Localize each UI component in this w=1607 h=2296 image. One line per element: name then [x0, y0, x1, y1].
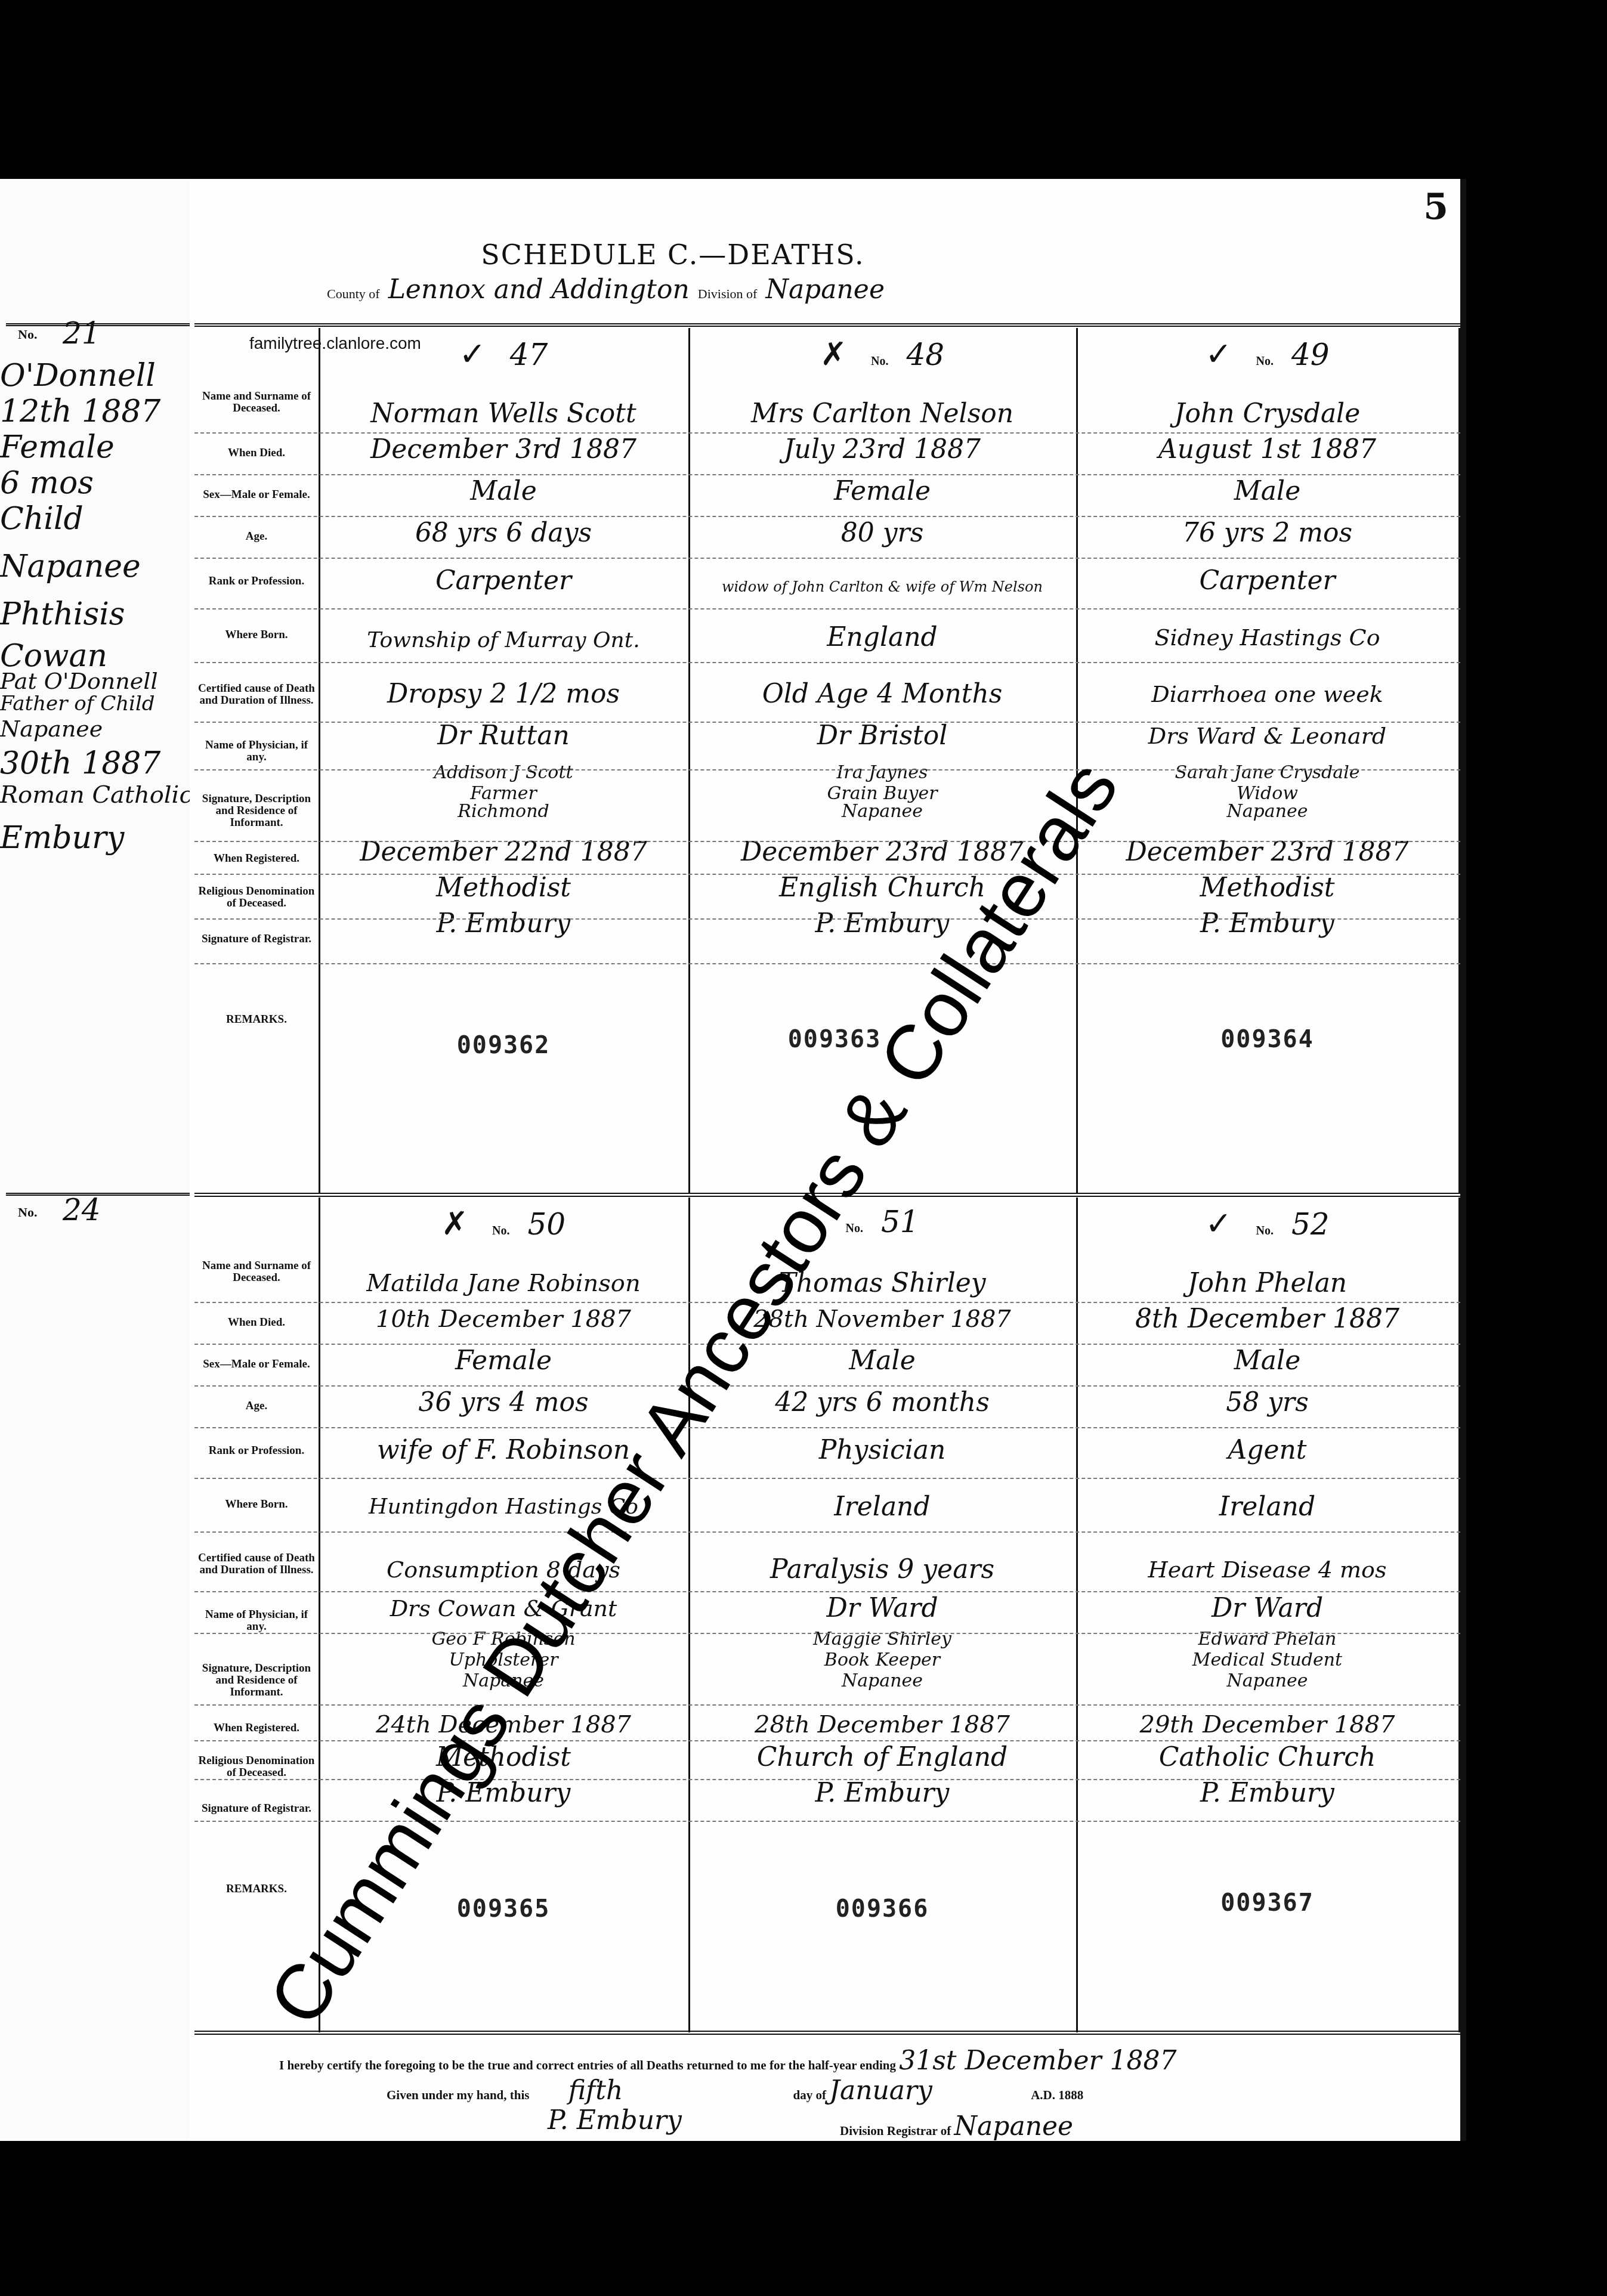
row-divider	[194, 474, 1460, 475]
sex: Male	[1082, 477, 1453, 506]
county-division-line: County of Lennox and Addington Division …	[327, 274, 885, 305]
given-day: fifth	[568, 2075, 623, 2106]
row-divider	[194, 1591, 1460, 1592]
prev-fragment: O'Donnell	[0, 358, 190, 394]
physician: Dr Ward	[1082, 1594, 1453, 1623]
where-born: Huntingdon Hastings Co	[325, 1493, 682, 1521]
row-labels-column: Name and Surname of Deceased. When Died.…	[194, 328, 320, 1193]
row-divider	[194, 722, 1460, 723]
deceased-name: Thomas Shirley	[694, 1269, 1070, 1298]
label-informant: Signature, Description and Residence of …	[194, 1651, 319, 1710]
sex: Male	[694, 1347, 1070, 1375]
entry-number: ✓47	[319, 335, 688, 373]
informant-description: Upholsterer	[325, 1651, 682, 1670]
entry-number: ✗No.48	[688, 335, 1076, 373]
check-mark-icon: ✓	[1205, 1205, 1232, 1242]
informant-name: Sarah Jane Crysdale	[1082, 763, 1453, 782]
check-mark-icon: ✗	[441, 1205, 468, 1242]
sex: Female	[694, 477, 1070, 506]
check-mark-icon: ✓	[459, 335, 486, 373]
informant-description: Book Keeper	[694, 1651, 1070, 1670]
row-divider	[194, 662, 1460, 663]
row-divider	[194, 1427, 1460, 1428]
row-divider	[194, 1779, 1460, 1780]
row-divider	[194, 769, 1460, 771]
label-name: Name and Surname of Deceased.	[194, 376, 319, 429]
label-when-registered: When Registered.	[194, 844, 319, 874]
physician: Dr Bristol	[694, 722, 1070, 750]
death-register-page: 5 SCHEDULE C.—DEATHS. County of Lennox a…	[190, 179, 1466, 2141]
label-sex: Sex—Male or Female.	[194, 1347, 319, 1382]
label-physician: Name of Physician, if any.	[194, 728, 319, 775]
when-registered: December 23rd 1887	[1082, 838, 1453, 867]
prev-fragment: Roman Catholic	[0, 781, 190, 809]
informant-name: Addison J Scott	[325, 763, 682, 782]
registrar-signature-footer: P. Embury	[548, 2105, 682, 2136]
divider	[194, 1193, 1460, 1197]
label-cause: Certified cause of Death and Duration of…	[194, 1537, 319, 1591]
county-value: Lennox and Addington	[388, 274, 690, 305]
registrar-signature: P. Embury	[694, 1779, 1070, 1808]
row-divider	[194, 558, 1460, 559]
entry-number: ✓No.52	[1076, 1205, 1458, 1242]
when-died: 8th December 1887	[1082, 1305, 1453, 1333]
cause-of-death: Paralysis 9 years	[694, 1555, 1070, 1584]
label-informant: Signature, Description and Residence of …	[194, 781, 319, 841]
rank-profession: wife of F. Robinson	[325, 1436, 682, 1465]
cause-of-death: Heart Disease 4 mos	[1082, 1555, 1453, 1584]
prev-fragment: 30th 1887	[0, 745, 190, 781]
registrar-signature: P. Embury	[1082, 909, 1453, 938]
religion: English Church	[694, 874, 1070, 902]
row-divider	[194, 1302, 1460, 1303]
deceased-name: Mrs Carlton Nelson	[694, 400, 1070, 428]
label-rank: Rank or Profession.	[194, 1430, 319, 1472]
row-divider	[194, 841, 1460, 842]
row-divider	[194, 918, 1460, 920]
rank-profession: widow of John Carlton & wife of Wm Nelso…	[694, 573, 1070, 601]
check-mark-icon: ✓	[1205, 335, 1232, 373]
certify-text: I hereby certify the foregoing to be the…	[279, 2058, 896, 2072]
prev-entry-no-label: No.	[18, 1205, 37, 1220]
religion: Methodist	[325, 1743, 682, 1772]
death-entry: ✓No.52 John Phelan 8th December 1887 Mal…	[1076, 1197, 1460, 2032]
entries-block-bottom: Name and Surname of Deceased. When Died.…	[194, 1197, 1460, 2032]
religion: Methodist	[1082, 874, 1453, 902]
cause-of-death: Dropsy 2 1/2 mos	[325, 680, 682, 708]
death-entry: No.51 Thomas Shirley 28th November 1887 …	[688, 1197, 1078, 2032]
prev-fragment: Phthisis	[0, 596, 190, 632]
label-where-born: Where Born.	[194, 1484, 319, 1525]
given-line: Given under my hand, this fifth day of J…	[387, 2075, 1083, 2106]
when-registered: December 23rd 1887	[694, 838, 1070, 867]
sex: Female	[325, 1347, 682, 1375]
informant-residence: Napanee	[694, 802, 1070, 821]
registration-number: 009366	[688, 1895, 1076, 1923]
ad-year: A.D. 1888	[1031, 2088, 1083, 2102]
prev-fragment: Father of Child	[0, 692, 190, 716]
registration-number: 009364	[1076, 1026, 1458, 1053]
previous-page-fragment: No. 21 O'Donnell 12th 1887 Female 6 mos …	[0, 179, 193, 2141]
prev-fragment: Female	[0, 429, 190, 465]
where-born: Ireland	[694, 1493, 1070, 1521]
label-registrar: Signature of Registrar.	[194, 921, 319, 957]
label-remarks: REMARKS.	[194, 1877, 319, 1901]
registrar-signature: P. Embury	[325, 909, 682, 938]
when-died: 28th November 1887	[694, 1305, 1070, 1333]
rank-profession: Physician	[694, 1436, 1070, 1465]
religion: Methodist	[325, 874, 682, 902]
prev-fragment: Napanee	[0, 549, 190, 584]
physician: Dr Ruttan	[325, 722, 682, 750]
informant-residence: Napanee	[325, 1672, 682, 1691]
where-born: England	[694, 623, 1070, 652]
where-born: Sidney Hastings Co	[1082, 623, 1453, 652]
death-entry: ✓47 Norman Wells Scott December 3rd 1887…	[319, 328, 690, 1193]
row-divider	[194, 1740, 1460, 1741]
when-registered: 28th December 1887	[694, 1710, 1070, 1739]
death-entry: ✗No.48 Mrs Carlton Nelson July 23rd 1887…	[688, 328, 1078, 1193]
label-religion: Religious Denomination of Deceased.	[194, 877, 319, 918]
when-died: 10th December 1887	[325, 1305, 682, 1333]
registrar-division: Napanee	[954, 2111, 1074, 2142]
informant-residence: Napanee	[1082, 1672, 1453, 1691]
certify-line: I hereby certify the foregoing to be the…	[279, 2046, 1176, 2076]
row-divider	[194, 608, 1460, 609]
registrar-signature: P. Embury	[1082, 1779, 1453, 1808]
deceased-name: John Crysdale	[1082, 400, 1453, 428]
label-age: Age.	[194, 1388, 319, 1424]
cause-of-death: Old Age 4 Months	[694, 680, 1070, 708]
prev-entry-no: 21	[63, 316, 101, 351]
registrar-text: Division Registrar of	[840, 2124, 951, 2138]
row-divider	[194, 874, 1460, 875]
death-entry: ✓No.49 John Crysdale August 1st 1887 Mal…	[1076, 328, 1460, 1193]
row-divider	[194, 516, 1460, 517]
physician: Drs Cowan & Grant	[325, 1594, 682, 1623]
when-died: July 23rd 1887	[694, 435, 1070, 464]
label-where-born: Where Born.	[194, 614, 319, 656]
row-divider	[194, 432, 1460, 434]
prev-fragment: Napanee	[0, 716, 190, 742]
cause-of-death: Diarrhoea one week	[1082, 680, 1453, 708]
prev-entry-no-label: No.	[18, 327, 37, 342]
informant-name: Ira Jaynes	[694, 763, 1070, 782]
age: 68 yrs 6 days	[325, 519, 682, 547]
label-cause: Certified cause of Death and Duration of…	[194, 668, 319, 722]
rank-profession: Carpenter	[1082, 567, 1453, 595]
division-label: Division of	[698, 286, 758, 302]
prev-fragment: Pat O'Donnell	[0, 668, 190, 694]
given-text: Given under my hand, this	[387, 2088, 529, 2102]
when-died: December 3rd 1887	[325, 435, 682, 464]
page-number: 5	[1423, 186, 1448, 228]
row-divider	[194, 1385, 1460, 1387]
when-registered: December 22nd 1887	[325, 838, 682, 867]
county-label: County of	[327, 286, 380, 302]
label-name: Name and Surname of Deceased.	[194, 1245, 319, 1299]
given-month: January	[829, 2075, 932, 2106]
informant-residence: Napanee	[694, 1672, 1070, 1691]
informant-residence: Napanee	[1082, 802, 1453, 821]
deceased-name: Matilda Jane Robinson	[325, 1269, 682, 1298]
entry-number: ✓No.49	[1076, 335, 1458, 373]
age: 76 yrs 2 mos	[1082, 519, 1453, 547]
divider	[194, 2031, 1460, 2035]
age: 58 yrs	[1082, 1388, 1453, 1417]
entry-number: ✗No.50	[319, 1205, 688, 1242]
informant-residence: Richmond	[325, 802, 682, 821]
entries-block-top: Name and Surname of Deceased. When Died.…	[194, 328, 1460, 1193]
registration-number: 009362	[319, 1032, 688, 1059]
registration-number: 009367	[1076, 1889, 1458, 1917]
age: 36 yrs 4 mos	[325, 1388, 682, 1417]
age: 80 yrs	[694, 519, 1070, 547]
when-registered: 29th December 1887	[1082, 1710, 1453, 1739]
entry-number: No.51	[688, 1205, 1076, 1239]
divider	[194, 323, 1460, 327]
physician: Drs Ward & Leonard	[1082, 722, 1453, 750]
religion: Catholic Church	[1082, 1743, 1453, 1772]
prev-fragment: 6 mos	[0, 465, 190, 501]
sex: Male	[1082, 1347, 1453, 1375]
when-registered: 24th December 1887	[325, 1710, 682, 1739]
age: 42 yrs 6 months	[694, 1388, 1070, 1417]
registration-number: 009363	[641, 1026, 1028, 1053]
when-died: August 1st 1887	[1082, 435, 1453, 464]
prev-fragment: 12th 1887	[0, 394, 190, 429]
deceased-name: John Phelan	[1082, 1269, 1453, 1298]
row-labels-column: Name and Surname of Deceased. When Died.…	[194, 1197, 320, 2032]
row-divider	[194, 1478, 1460, 1479]
rank-profession: Carpenter	[325, 567, 682, 595]
half-year-ending: 31st December 1887	[899, 2046, 1176, 2076]
day-of-text: day of	[793, 2088, 826, 2102]
registration-number: 009365	[319, 1895, 688, 1923]
division-value: Napanee	[765, 274, 885, 305]
row-divider	[194, 963, 1460, 964]
deceased-name: Norman Wells Scott	[325, 400, 682, 428]
row-divider	[194, 1821, 1460, 1822]
label-when-died: When Died.	[194, 1305, 319, 1341]
death-entry: ✗No.50 Matilda Jane Robinson 10th Decemb…	[319, 1197, 690, 2032]
label-remarks: REMARKS.	[194, 1008, 319, 1032]
check-mark-icon: ✗	[820, 335, 847, 373]
registrar-signature: P. Embury	[325, 1779, 682, 1808]
row-divider	[194, 1704, 1460, 1706]
label-religion: Religious Denomination of Deceased.	[194, 1746, 319, 1788]
where-born: Township of Murray Ont.	[325, 626, 682, 655]
row-divider	[194, 1633, 1460, 1634]
label-physician: Name of Physician, if any.	[194, 1597, 319, 1645]
prev-entry-no: 24	[63, 1193, 101, 1227]
religion: Church of England	[694, 1743, 1070, 1772]
cause-of-death: Consumption 8 days	[325, 1555, 682, 1584]
prev-fragment: Embury	[0, 820, 190, 856]
page-title: SCHEDULE C.—DEATHS.	[190, 239, 1001, 271]
label-when-died: When Died.	[194, 435, 319, 471]
label-age: Age.	[194, 519, 319, 555]
sex: Male	[325, 477, 682, 506]
rank-profession: Agent	[1082, 1436, 1453, 1465]
where-born: Ireland	[1082, 1493, 1453, 1521]
row-divider	[194, 1531, 1460, 1533]
label-when-registered: When Registered.	[194, 1713, 319, 1743]
label-rank: Rank or Profession.	[194, 561, 319, 602]
registrar-line: Division Registrar of Napanee	[840, 2111, 1073, 2142]
label-sex: Sex—Male or Female.	[194, 477, 319, 513]
physician: Dr Ward	[694, 1594, 1070, 1623]
registrar-signature: P. Embury	[694, 909, 1070, 938]
informant-description: Medical Student	[1082, 1651, 1453, 1670]
row-divider	[194, 1344, 1460, 1345]
prev-fragment: Child	[0, 501, 190, 537]
